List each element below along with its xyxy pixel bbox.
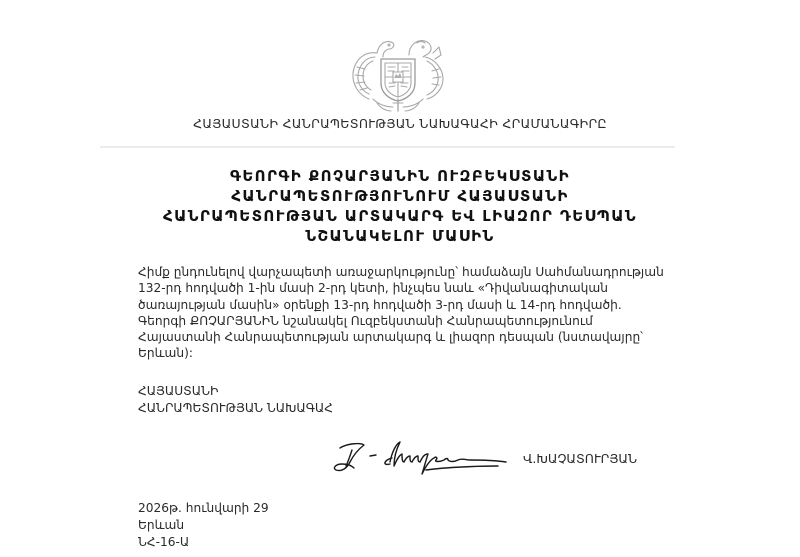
decree-footer: 2026թ. հունվարի 29 Երևան ՆՀ-16-Ա	[138, 500, 269, 551]
decree-title-line: ՀԱՆՐԱՊԵՏՈՒԹՅԱՆ ԱՐՏԱԿԱՐԳ ԵՎ ԼԻԱԶՈՐ ԴԵՍՊԱՆ	[0, 206, 800, 226]
document-header-title: ՀԱՅԱՍՏԱՆԻ ՀԱՆՐԱՊԵՏՈՒԹՅԱՆ ՆԱԽԱԳԱՀԻ ՀՐԱՄԱՆ…	[0, 116, 800, 131]
decree-body: Հիմք ընդունելով վարչապետի առաջարկություն…	[138, 264, 698, 362]
decree-date: 2026թ. հունվարի 29	[138, 500, 269, 517]
decree-body-line: Հիմք ընդունելով վարչապետի առաջարկություն…	[138, 264, 698, 280]
decree-number: ՆՀ-16-Ա	[138, 534, 269, 551]
decree-title-line: ԳԵՈՐԳԻ ՔՈՉԱՐՅԱՆԻՆ ՈՒԶԲԵԿՍՏԱՆԻ	[0, 166, 800, 186]
decree-title-line: ՀԱՆՐԱՊԵՏՈՒԹՅՈՒՆՈՒՄ ՀԱՅԱՍՏԱՆԻ	[0, 186, 800, 206]
decree-title-line: ՆՇԱՆԱԿԵԼՈՒ ՄԱՍԻՆ	[0, 226, 800, 246]
decree-body-line: Հայաստանի Հանրապետության արտակարգ և լիազ…	[138, 329, 698, 345]
signatory-title-line: ՀԱՅԱՍՏԱՆԻ	[138, 383, 333, 400]
decree-place: Երևան	[138, 517, 269, 534]
decree-body-line: Երևան):	[138, 345, 698, 361]
signatory-title-line: ՀԱՆՐԱՊԵՏՈՒԹՅԱՆ ՆԱԽԱԳԱՀ	[138, 400, 333, 417]
decree-body-line: Գեորգի ՔՈՉԱՐՅԱՆԻՆ նշանակել Ուզբեկստանի Հ…	[138, 313, 698, 329]
signer-name: Վ.ԽԱՉԱՏՈՒՐՅԱՆ	[523, 451, 637, 466]
decree-title: ԳԵՈՐԳԻ ՔՈՉԱՐՅԱՆԻՆ ՈՒԶԲԵԿՍՏԱՆԻ ՀԱՆՐԱՊԵՏՈՒ…	[0, 166, 800, 246]
decree-body-line: ծառայության մասին» օրենքի 13-րդ հոդվածի …	[138, 297, 698, 313]
armenia-coat-of-arms-icon	[347, 33, 449, 113]
handwritten-signature-icon	[330, 436, 515, 478]
signatory-title: ՀԱՅԱՍՏԱՆԻ ՀԱՆՐԱՊԵՏՈՒԹՅԱՆ ՆԱԽԱԳԱՀ	[138, 383, 333, 416]
header-divider	[100, 146, 675, 148]
decree-body-line: 132-րդ հոդվածի 1-ին մասի 2-րդ կետի, ինչպ…	[138, 280, 698, 296]
